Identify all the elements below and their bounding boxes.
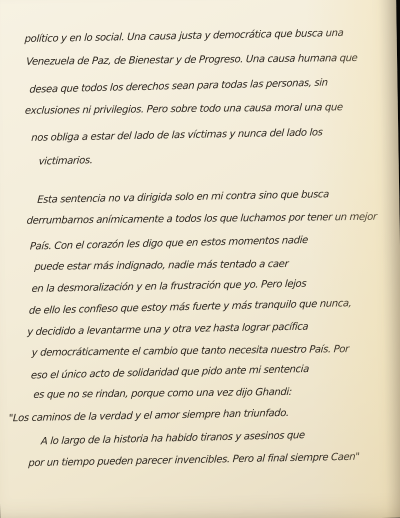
- handwritten-line: político y en lo social. Una causa justa…: [24, 28, 343, 45]
- handwritten-line: es que no se rindan, porque como una vez…: [33, 387, 292, 401]
- paper-page: político y en lo social. Una causa justa…: [0, 0, 400, 518]
- handwritten-line: de ello les confieso que estoy más fuert…: [29, 298, 352, 317]
- handwritten-line: por un tiempo pueden parecer invencibles…: [28, 452, 360, 469]
- handwritten-line: victimarios.: [38, 155, 93, 167]
- handwritten-line: desea que todos los derechos sean para t…: [29, 78, 328, 96]
- handwritten-line: País. Con el corazón les digo que en est…: [30, 235, 309, 253]
- handwritten-line: Venezuela de Paz, de Bienestar y de Prog…: [26, 53, 358, 68]
- handwritten-line: y decidido a levantarme una y otra vez h…: [27, 322, 308, 338]
- handwritten-line: Esta sentencia no va dirigida solo en mi…: [37, 189, 329, 206]
- handwritten-line: y democráticamente el cambio que tanto n…: [31, 344, 349, 359]
- handwritten-line: exclusiones ni privilegios. Pero sobre t…: [25, 102, 343, 117]
- handwritten-line: "Los caminos de la verdad y el amor siem…: [8, 408, 289, 424]
- handwritten-line: puede estar más indignado, nadie más ten…: [34, 259, 289, 273]
- letter-photo: político y en lo social. Una causa justa…: [0, 0, 400, 518]
- handwritten-line: A lo largo de la historia ha habido tira…: [41, 430, 306, 447]
- handwritten-line: eso el único acto de solidaridad que pid…: [31, 364, 310, 382]
- handwritten-line: en la desmoralización y en la frustració…: [31, 279, 306, 295]
- handwritten-line: derrumbarnos anímicamente a todos los qu…: [26, 212, 377, 227]
- handwritten-text: político y en lo social. Una causa justa…: [0, 0, 400, 518]
- handwritten-line: nos obliga a estar del lado de las vícti…: [31, 127, 323, 144]
